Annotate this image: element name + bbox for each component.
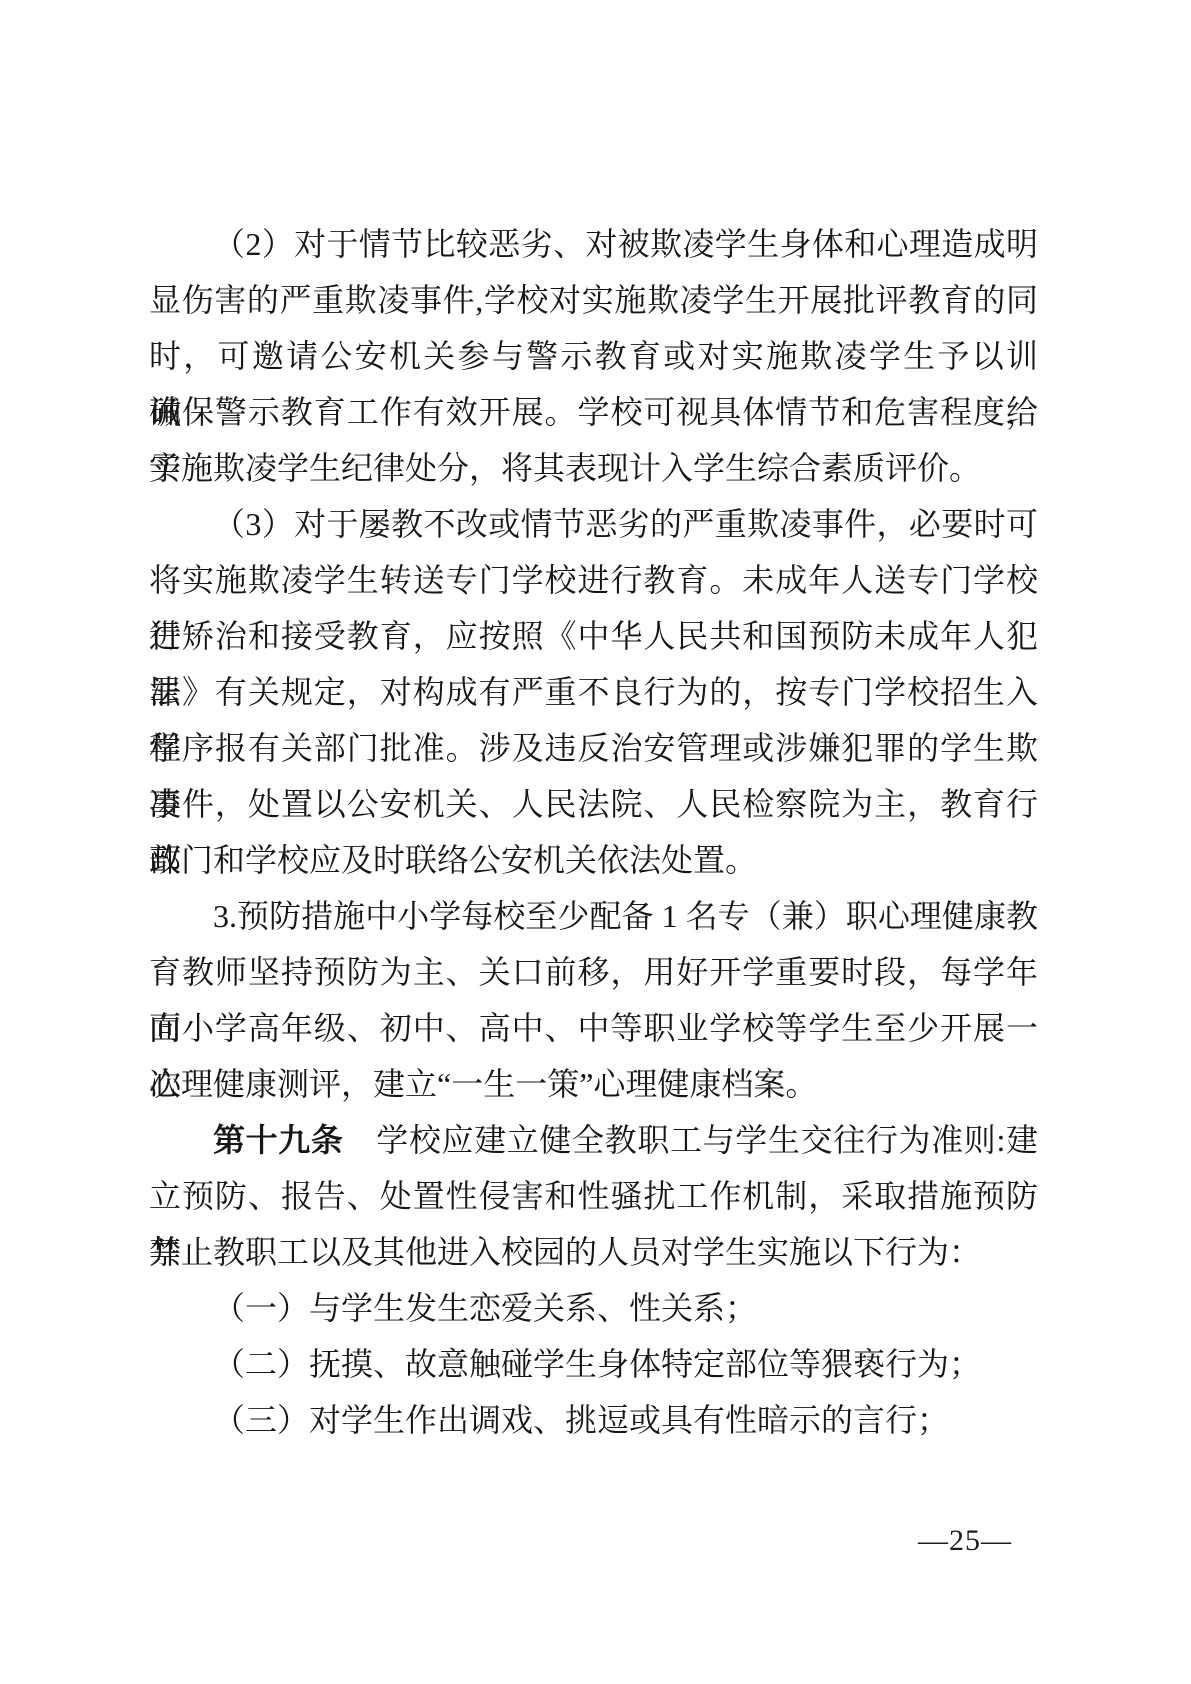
text-line: （二）抚摸、故意触碰学生身体特定部位等猥亵行为； — [149, 1336, 1038, 1392]
paragraph-prohibited-item-2: （二）抚摸、故意触碰学生身体特定部位等猥亵行为； — [149, 1336, 1038, 1392]
paragraph-severe-bullying: （2）对于情节比较恶劣、对被欺凌学生身体和心理造成明 显伤害的严重欺凌事件,学校… — [149, 216, 1038, 496]
paragraph-special-school: （3）对于屡教不改或情节恶劣的严重欺凌事件，必要时可 将实施欺凌学生转送专门学校… — [149, 496, 1038, 888]
article-text: 学校应建立健全教职工与学生交往行为准则:建 — [344, 1122, 1038, 1158]
text-line: 实施欺凌学生纪律处分，将其表现计入学生综合素质评价。 — [149, 440, 1038, 496]
text-line: 禁止教职工以及其他进入校园的人员对学生实施以下行为： — [149, 1224, 1038, 1280]
text-line: 育教师坚持预防为主、关口前移，用好开学重要时段，每学年面 — [149, 944, 1038, 1000]
text-line: （一）与学生发生恋爱关系、性关系； — [149, 1280, 1038, 1336]
document-page: （2）对于情节比较恶劣、对被欺凌学生身体和心理造成明 显伤害的严重欺凌事件,学校… — [0, 0, 1191, 1684]
paragraph-article-19: 第十九条 学校应建立健全教职工与学生交往行为准则:建 立预防、报告、处置性侵害和… — [149, 1112, 1038, 1280]
paragraph-prevention-measures: 3.预防措施中小学每校至少配备 1 名专（兼）职心理健康教 育教师坚持预防为主、… — [149, 888, 1038, 1112]
text-line: （三）对学生作出调戏、挑逗或具有性暗示的言行； — [149, 1392, 1038, 1448]
text-line: 程序报有关部门批准。涉及违反治安管理或涉嫌犯罪的学生欺凌 — [149, 720, 1038, 776]
paragraph-prohibited-item-3: （三）对学生作出调戏、挑逗或具有性暗示的言行； — [149, 1392, 1038, 1448]
text-line: 时，可邀请公安机关参与警示教育或对实施欺凌学生予以训诫， — [149, 328, 1038, 384]
text-line: 将实施欺凌学生转送专门学校进行教育。未成年人送专门学校进 — [149, 552, 1038, 608]
page-content: （2）对于情节比较恶劣、对被欺凌学生身体和心理造成明 显伤害的严重欺凌事件,学校… — [149, 216, 1038, 1448]
text-line: 部门和学校应及时联络公安机关依法处置。 — [149, 832, 1038, 888]
text-line: 心理健康测评，建立“一生一策”心理健康档案。 — [149, 1056, 1038, 1112]
text-line: （2）对于情节比较恶劣、对被欺凌学生身体和心理造成明 — [149, 216, 1038, 272]
text-line: 法》有关规定，对构成有严重不良行为的，按专门学校招生入学 — [149, 664, 1038, 720]
article-number: 第十九条 — [213, 1122, 344, 1158]
text-line: 事件，处置以公安机关、人民法院、人民检察院为主，教育行政 — [149, 776, 1038, 832]
page-number: —25— — [918, 1524, 1012, 1558]
text-line: 显伤害的严重欺凌事件,学校对实施欺凌学生开展批评教育的同 — [149, 272, 1038, 328]
text-line: 行矫治和接受教育，应按照《中华人民共和国预防未成年人犯罪 — [149, 608, 1038, 664]
text-line: 第十九条 学校应建立健全教职工与学生交往行为准则:建 — [149, 1112, 1038, 1168]
text-line: 立预防、报告、处置性侵害和性骚扰工作机制，采取措施预防并 — [149, 1168, 1038, 1224]
paragraph-prohibited-item-1: （一）与学生发生恋爱关系、性关系； — [149, 1280, 1038, 1336]
text-line: 3.预防措施中小学每校至少配备 1 名专（兼）职心理健康教 — [149, 888, 1038, 944]
text-line: 确保警示教育工作有效开展。学校可视具体情节和危害程度给予 — [149, 384, 1038, 440]
text-line: 向小学高年级、初中、高中、中等职业学校等学生至少开展一次 — [149, 1000, 1038, 1056]
text-line: （3）对于屡教不改或情节恶劣的严重欺凌事件，必要时可 — [149, 496, 1038, 552]
